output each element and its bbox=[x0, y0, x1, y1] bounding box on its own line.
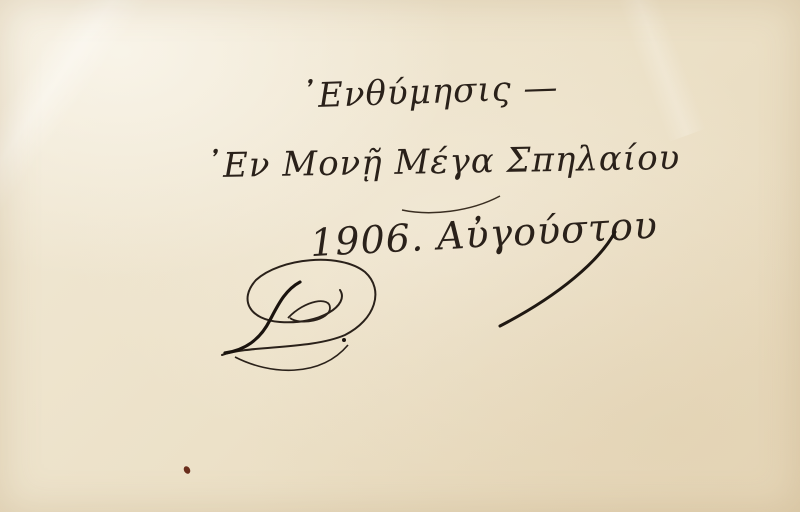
handwritten-location: ᾿Εν Μονῇ Μέγα Σπηλαίου bbox=[205, 138, 681, 186]
handwritten-date: 1906. Αὐγούστου bbox=[309, 203, 659, 265]
ink-stain bbox=[182, 465, 191, 475]
handwritten-heading: ᾿Ενθύμησις — bbox=[299, 68, 559, 117]
document-page: ᾿Ενθύμησις — ᾿Εν Μονῇ Μέγα Σπηλαίου 1906… bbox=[0, 0, 800, 512]
paper-fold bbox=[614, 0, 706, 142]
paper-fold bbox=[0, 0, 149, 214]
